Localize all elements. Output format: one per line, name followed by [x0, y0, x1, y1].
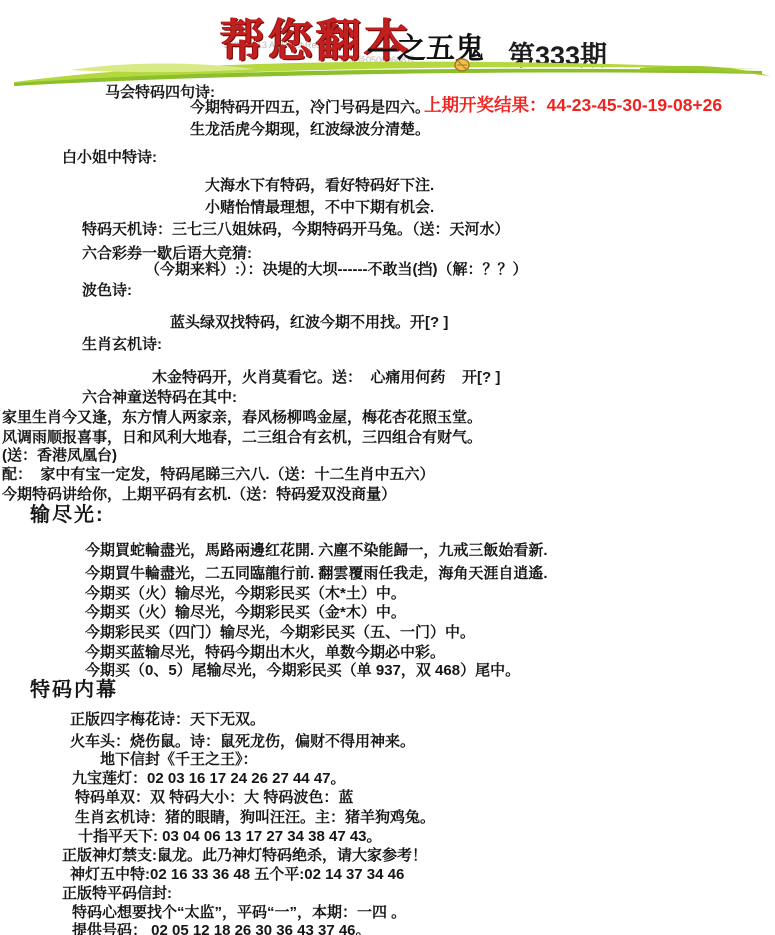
doc-line: 六合神童送特码在其中: — [82, 389, 237, 407]
doc-line: 今期彩民买（四门）输尽光，今期彩民买（五、一门）中。 — [85, 624, 475, 642]
doc-line: 提供号码： 02 05 12 18 26 30 36 43 37 46。 — [72, 922, 371, 935]
doc-line: （今期来料）:）：决堤的大坝------不敢当(挡)（解：？？） — [145, 261, 527, 279]
doc-line: 正版四字梅花诗：天下无双。 — [70, 711, 265, 729]
bee-icon — [455, 59, 469, 71]
doc-line: 生肖玄机诗: — [82, 336, 162, 354]
result-numbers: 44-23-45-30-19-08+26 — [547, 95, 723, 115]
section-heading: 特码内幕 — [30, 681, 118, 699]
doc-line: 家里生肖今又逢，东方情人两家亲，春风杨柳鸣金屋，梅花杏花照玉堂。 — [2, 409, 482, 427]
doc-line: 今期買牛輪盡光，二五同臨龍行前. 翻雲覆雨任我走，海角天涯自逍遙. — [85, 565, 548, 583]
doc-line: 火车头：烧伤鼠。诗：鼠死龙伤，偏财不得用神来。 — [70, 733, 415, 751]
doc-line: 今期特码开四五，冷门号码是四六。 — [190, 99, 430, 117]
doc-line: 正版特平码信封: — [62, 885, 172, 903]
doc-line: 小赌怡情最理想，不中下期有机会. — [205, 199, 434, 217]
last-draw-result: 上期开奖结果：44-23-45-30-19-08+26 — [424, 92, 722, 117]
doc-line: 今期特码讲给你，上期平码有玄机.（送：特码爱双没商量） — [2, 486, 396, 504]
grass-divider-icon — [0, 56, 775, 86]
doc-line: 今期买（火）输尽光，今期彩民买（金*木）中。 — [85, 604, 406, 622]
doc-line: 蓝头绿双找特码，红波今期不用找。开[? ] — [170, 314, 448, 332]
doc-line: 配： 家中有宝一定发，特码尾睇三六八.（送：十二生肖中五六） — [2, 466, 435, 484]
doc-line: 特码天机诗：三七三八姐妹码，今期特码开马兔。（送：天河水） — [82, 221, 510, 239]
doc-line: 风调雨顺报喜事，日和风利大地春，二三组合有玄机，三四组合有财气。 — [2, 429, 482, 447]
result-label: 上期开奖结果： — [424, 95, 547, 115]
doc-line: 今期买蓝输尽光，特码今期出木火，单数今期必中彩。 — [85, 644, 445, 662]
doc-line: 地下信封《千王之王》： — [100, 751, 258, 769]
doc-line: 特码心想要找个“太监”，平码“一”，本期：一四 。 — [72, 904, 406, 922]
doc-line: 九宝莲灯：02 03 16 17 24 26 27 44 47。 — [72, 770, 346, 788]
doc-line: 今期買蛇輪盡光，馬路兩邊红花開. 六塵不染能歸一，九戒三飯始看新. — [85, 542, 548, 560]
doc-line: 波色诗: — [82, 282, 132, 300]
doc-line: 神灯五中特:02 16 33 36 48 五个平:02 14 37 34 46 — [70, 866, 404, 884]
doc-line: 大海水下有特码，看好特码好下注. — [205, 177, 434, 195]
doc-line: 生龙活虎今期现，红波绿波分清楚。 — [190, 121, 430, 139]
doc-line: 白小姐中特诗: — [62, 149, 157, 167]
section-heading: 输尽光: — [30, 506, 105, 524]
doc-line: 十指平天下: 03 04 06 13 17 27 34 38 47 43。 — [78, 828, 382, 846]
doc-line: 生肖玄机诗：猪的眼睛，狗叫汪汪。主：猪羊狗鸡兔。 — [75, 809, 435, 827]
doc-line: 今期买（0、5）尾输尽光，今期彩民买（单 937，双 468）尾中。 — [85, 662, 520, 680]
doc-line: 正版神灯禁支:鼠龙。此乃神灯特码绝杀，请大家参考！ — [62, 847, 427, 865]
page: 2008-2013 All Right Reserved ICP备0500066… — [0, 0, 775, 935]
doc-line: 今期买（火）输尽光，今期彩民买（木*土）中。 — [85, 585, 406, 603]
doc-line: 特码单双：双 特码大小：大 特码波色：蓝 — [75, 789, 353, 807]
doc-line: 木金特码开，火肖莫看它。送： 心痛用何药 开[? ] — [152, 369, 500, 387]
doc-line: (送：香港凤凰台) — [2, 447, 117, 465]
